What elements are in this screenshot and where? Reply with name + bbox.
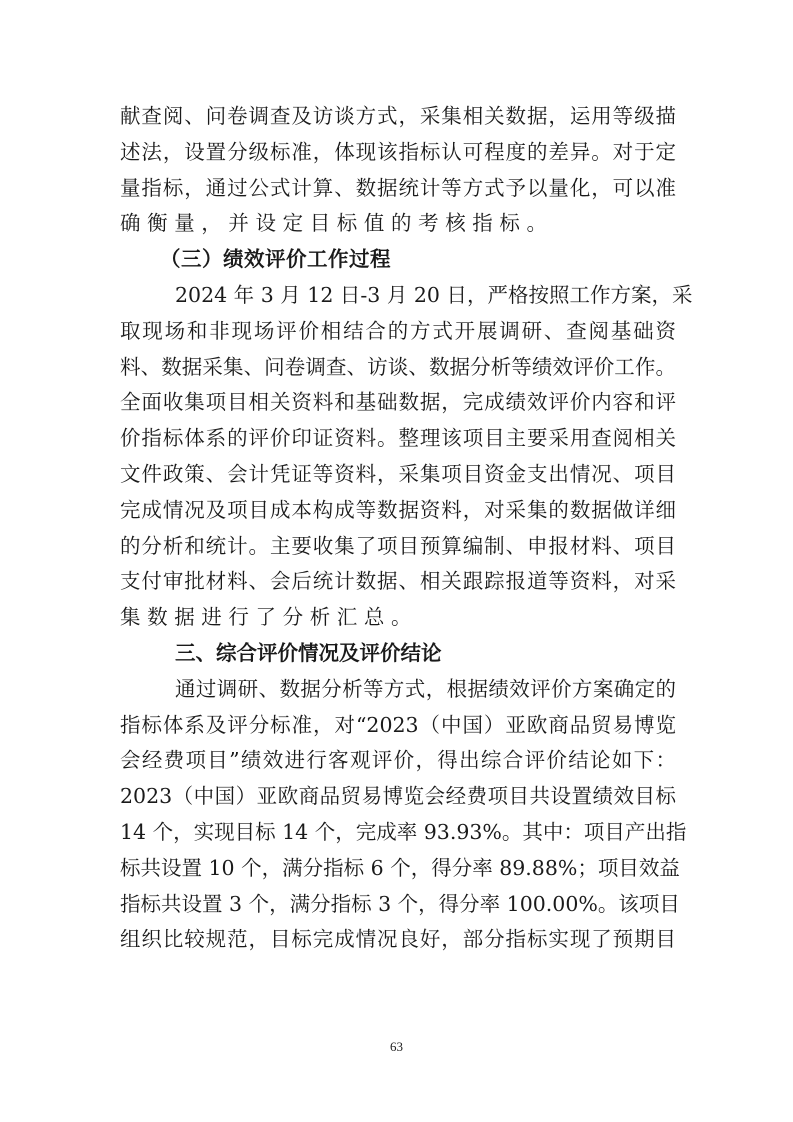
body-line: 完成情况及项目成本构成等数据资料，对采集的数据做详细 xyxy=(120,493,676,529)
page-number: 63 xyxy=(0,1039,793,1055)
body-line: 组织比较规范，目标完成情况良好，部分指标实现了预期目 xyxy=(120,922,676,958)
body-line: 标共设置 10 个，满分指标 6 个，得分率 89.88%；项目效益 xyxy=(120,851,676,887)
body-line: 的分析和统计。主要收集了项目预算编制、申报材料、项目 xyxy=(120,529,676,565)
document-page: 献查阅、问卷调查及访谈方式，采集相关数据，运用等级描 述法，设置分级标准，体现该… xyxy=(120,99,676,958)
body-line: 量指标，通过公式计算、数据统计等方式予以量化，可以准 xyxy=(120,171,676,207)
body-line: 集数据进行了分析汇总。 xyxy=(120,600,676,636)
body-line: 确衡量，并设定目标值的考核指标。 xyxy=(120,206,676,242)
section-subheading: （三）绩效评价工作过程 xyxy=(120,242,676,278)
paragraph-first-line: 2024 年 3 月 12 日-3 月 20 日，严格按照工作方案，采 xyxy=(120,278,676,314)
body-line: 14 个，实现目标 14 个，完成率 93.93%。其中：项目产出指 xyxy=(120,815,676,851)
body-line: 取现场和非现场评价相结合的方式开展调研、查阅基础资 xyxy=(120,314,676,350)
paragraph-first-line: 通过调研、数据分析等方式，根据绩效评价方案确定的 xyxy=(120,672,676,708)
section-heading: 三、综合评价情况及评价结论 xyxy=(120,636,676,672)
body-line: 会经费项目”绩效进行客观评价，得出综合评价结论如下： xyxy=(120,743,676,779)
body-line: 料、数据采集、问卷调查、访谈、数据分析等绩效评价工作。 xyxy=(120,350,676,386)
body-line: 价指标体系的评价印证资料。整理该项目主要采用查阅相关 xyxy=(120,421,676,457)
body-line: 述法，设置分级标准，体现该指标认可程度的差异。对于定 xyxy=(120,135,676,171)
body-line: 献查阅、问卷调查及访谈方式，采集相关数据，运用等级描 xyxy=(120,99,676,135)
body-line: 2023（中国）亚欧商品贸易博览会经费项目共设置绩效目标 xyxy=(120,779,676,815)
body-line: 文件政策、会计凭证等资料，采集项目资金支出情况、项目 xyxy=(120,457,676,493)
body-line: 指标共设置 3 个，满分指标 3 个，得分率 100.00%。该项目 xyxy=(120,887,676,923)
body-line: 指标体系及评分标准，对“2023（中国）亚欧商品贸易博览 xyxy=(120,708,676,744)
body-line: 支付审批材料、会后统计数据、相关跟踪报道等资料，对采 xyxy=(120,564,676,600)
body-line: 全面收集项目相关资料和基础数据，完成绩效评价内容和评 xyxy=(120,385,676,421)
